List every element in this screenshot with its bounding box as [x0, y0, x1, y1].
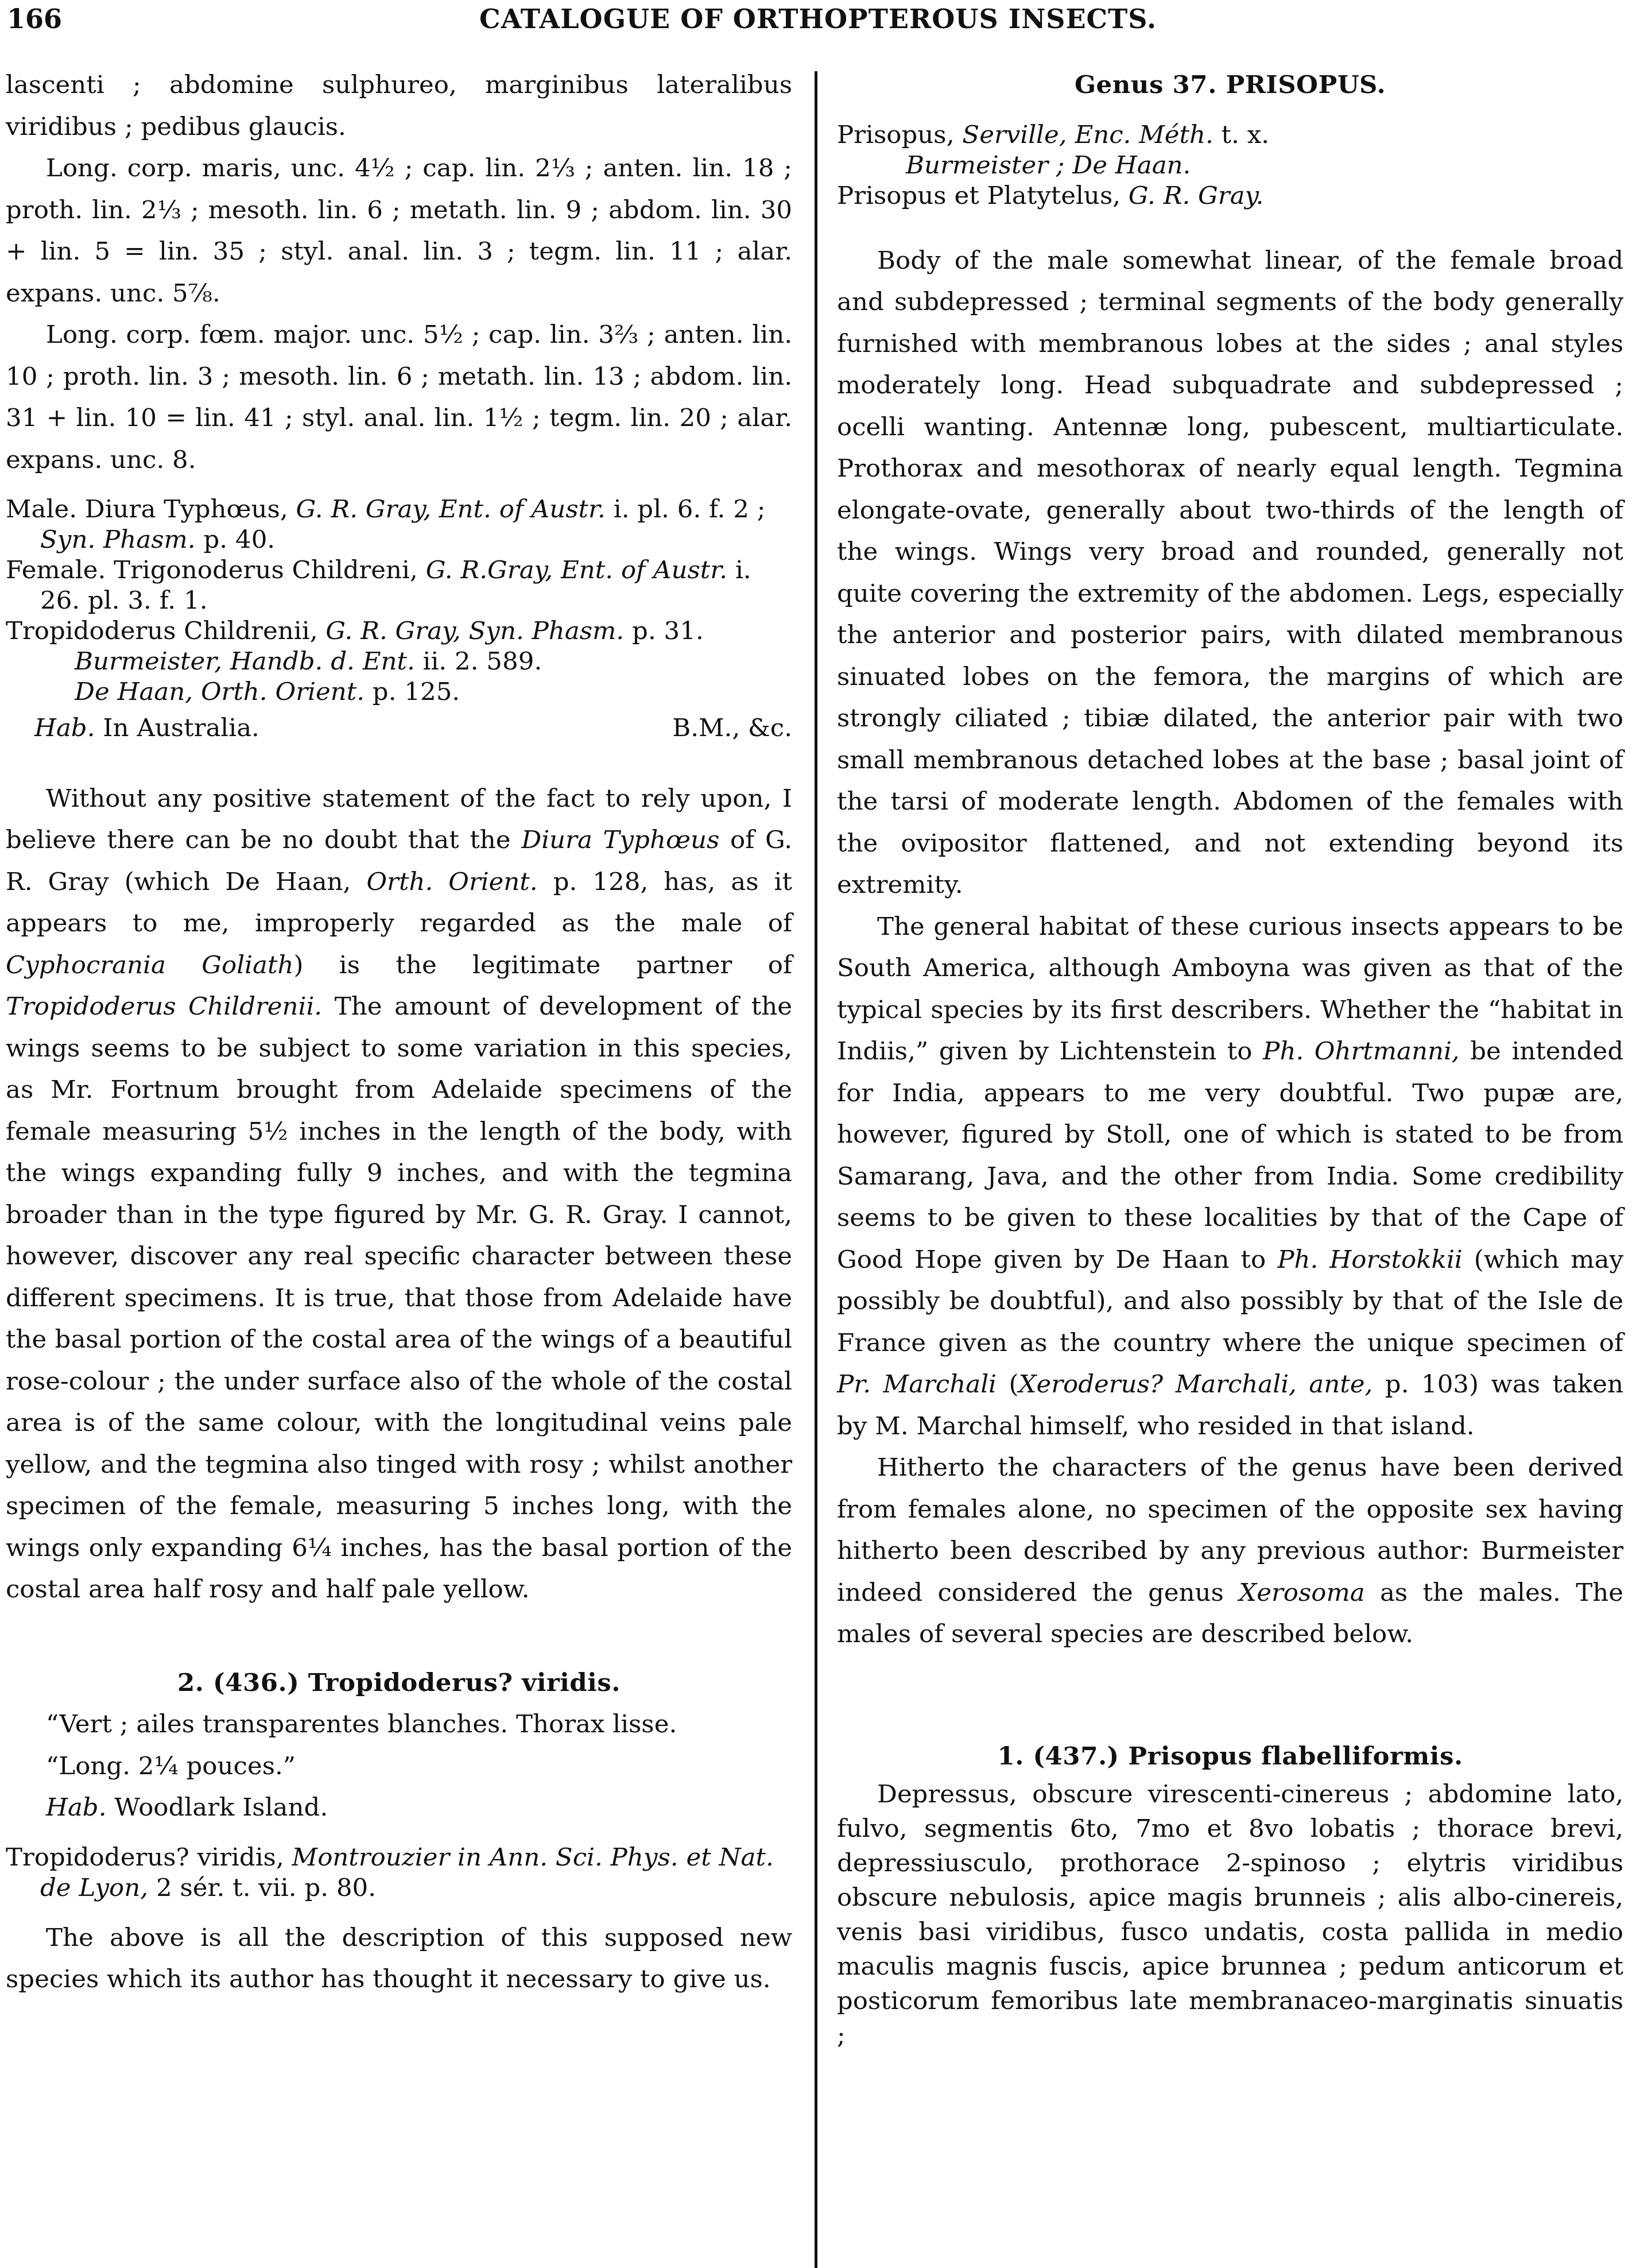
latin-description: Depressus, obscure virescenti-cinereus ;… [837, 1777, 1623, 2053]
genus-synonymy: Prisopus, Serville, Enc. Méth. t. x. Bur… [837, 120, 1623, 211]
synonym-entry: Tropidoderus? viridis, Montrouzier in An… [6, 1843, 792, 1903]
original-description-quote: “Vert ; ailes transparentes blanches. Th… [6, 1704, 792, 1829]
male-measurements: Long. corp. maris, unc. 4½ ; cap. lin. 2… [6, 148, 792, 314]
genus-heading: Genus 37. PRISOPUS. [837, 64, 1623, 106]
synonym-entry: Prisopus, Serville, Enc. Méth. t. x. [837, 120, 1623, 150]
column-divider [815, 71, 817, 2268]
left-column: lascenti ; abdomine sulphureo, marginibu… [6, 64, 792, 2000]
habitat-discussion: The general habitat of these curious ins… [837, 906, 1623, 1448]
synonym-entry: Female. Trigonoderus Childreni, G. R.Gra… [6, 555, 792, 616]
running-title: CATALOGUE OF ORTHOPTEROUS INSECTS. [7, 0, 1629, 38]
habitat-line: Hab. In Australia. B.M., &c. [6, 707, 792, 749]
species-heading: 1. (437.) Prisopus flabelliformis. [837, 1736, 1623, 1778]
species-note: The above is all the description of this… [6, 1917, 792, 2000]
synonym-subentry: Burmeister ; De Haan. [837, 150, 1623, 181]
female-measurements: Long. corp. fœm. major. unc. 5½ ; cap. l… [6, 314, 792, 481]
description-continuation: lascenti ; abdomine sulphureo, marginibu… [6, 64, 792, 148]
species-entry-436: 2. (436.) Tropidoderus? viridis. “Vert ;… [6, 1662, 792, 2000]
synonym-subentry: Burmeister, Handb. d. Ent. ii. 2. 589. [6, 647, 792, 677]
habitat-label: Hab. [34, 714, 95, 742]
synonym-entry: Prisopus et Platytelus, G. R. Gray. [837, 181, 1623, 211]
synonymy-list: Male. Diura Typhœus, G. R. Gray, Ent. of… [6, 494, 792, 707]
synonym-entry: Tropidoderus Childrenii, G. R. Gray, Syn… [6, 616, 792, 647]
males-note: Hitherto the characters of the genus hav… [837, 1447, 1623, 1655]
collection-note: B.M., &c. [672, 707, 792, 749]
page-header: 166 CATALOGUE OF ORTHOPTEROUS INSECTS. [7, 0, 1629, 40]
species-entry-437: 1. (437.) Prisopus flabelliformis. Depre… [837, 1736, 1623, 2053]
genus-description: Body of the male somewhat linear, of the… [837, 240, 1623, 906]
species-heading: 2. (436.) Tropidoderus? viridis. [6, 1662, 792, 1704]
right-column: Genus 37. PRISOPUS. Prisopus, Serville, … [837, 64, 1623, 2053]
synonym-subentry: De Haan, Orth. Orient. p. 125. [6, 677, 792, 707]
discussion-paragraph: Without any positive statement of the fa… [6, 778, 792, 1611]
habitat-text: In Australia. [95, 714, 259, 742]
synonym-entry: Male. Diura Typhœus, G. R. Gray, Ent. of… [6, 494, 792, 555]
